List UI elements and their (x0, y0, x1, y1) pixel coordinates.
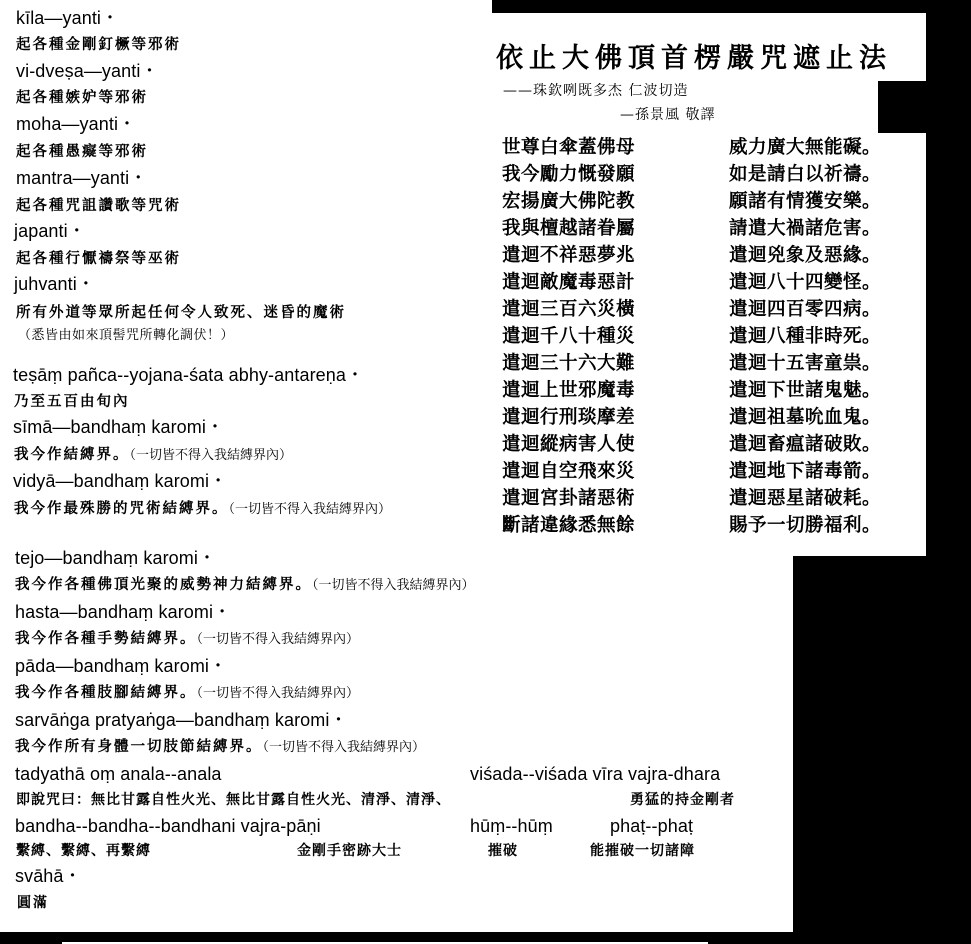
verse-line: 遣迴惡星諸破耗。 (729, 485, 881, 512)
verse-line: 我與檀越諸眷屬 (502, 215, 635, 242)
sanskrit-line: phaṭ--phaṭ (610, 815, 693, 837)
chinese-line: 我今作最殊勝的咒術結縛界。（一切皆不得入我結縛界內） (14, 499, 391, 520)
verse-line: 遣迴十五害童祟。 (729, 350, 881, 377)
verse-line: 遣迴兇象及惡緣。 (729, 242, 881, 269)
parenthetical-note: （一切皆不得入我結縛界內） (263, 740, 426, 755)
chinese-line: 我今作結縛界。（一切皆不得入我結縛界內） (14, 445, 292, 466)
chinese-line: 起各種嫉妒等邪術 (16, 88, 148, 108)
sanskrit-line: hasta—bandhaṃ karomi・ (15, 601, 231, 623)
verse-line: 我今勵力慨發願 (502, 161, 635, 188)
sanskrit-line: pāda—bandhaṃ karomi・ (15, 655, 227, 677)
verse-line: 斷諸違緣悉無餘 (502, 512, 635, 539)
sanskrit-line: viśada--viśada vīra vajra-dhara (470, 763, 720, 785)
chinese-line: 所有外道等眾所起任何令人致死、迷昏的魔術 (16, 303, 346, 323)
document-title: 依止大佛頂首楞嚴咒遮止法 (496, 36, 892, 75)
sanskrit-line: japanti・ (14, 220, 86, 242)
scan-border-top (492, 0, 971, 13)
verse-line: 遣迴四百零四病。 (729, 296, 881, 323)
verse-line: 遣迴千八十種災 (502, 323, 635, 350)
chinese-line: 摧破 (488, 841, 518, 861)
verse-line: 如是請白以祈禱。 (729, 161, 881, 188)
chinese-line: 起各種咒詛讚歌等咒術 (16, 196, 181, 216)
parenthetical-note: （悉皆由如來頂髻咒所轉化調伏！） (18, 327, 234, 345)
verse-line: 遣迴上世邪魔毒 (502, 377, 635, 404)
author-credit: ——珠欽咧既多杰 仁波切造 (503, 80, 688, 100)
sanskrit-line: sarvāṅga pratyaṅga—bandhaṃ karomi・ (15, 709, 348, 731)
chinese-line: 起各種愚癡等邪術 (16, 142, 148, 162)
verse-line: 賜予一切勝福利。 (729, 512, 881, 539)
verse-line: 願諸有情獲安樂。 (729, 188, 881, 215)
verse-line: 遣迴縱病害人使 (502, 431, 635, 458)
parenthetical-note: （一切皆不得入我結縛界內） (130, 448, 293, 463)
verse-line: 遣迴敵魔毒惡計 (502, 269, 635, 296)
scan-border-notch (878, 81, 926, 133)
chinese-line: 即說咒曰：無比甘露自性火光、無比甘露自性火光、清淨、清淨、 (16, 790, 451, 810)
chinese-line: 乃至五百由旬內 (14, 392, 130, 412)
sanskrit-line: bandha--bandha--bandhani vajra-pāṇi (15, 815, 321, 837)
chinese-line: 能摧破一切諸障 (590, 841, 695, 861)
sanskrit-line: vidyā—bandhaṃ karomi・ (13, 470, 227, 492)
sanskrit-line: sīmā—bandhaṃ karomi・ (13, 416, 224, 438)
sanskrit-line: moha—yanti・ (16, 113, 136, 135)
verse-line: 遣迴地下諸毒箭。 (729, 458, 881, 485)
chinese-line: 起各種金剛釘橛等邪術 (16, 35, 181, 55)
verse-line: 遣迴八種非時死。 (729, 323, 881, 350)
verse-line: 遣迴八十四變怪。 (729, 269, 881, 296)
sanskrit-line: mantra—yanti・ (16, 167, 147, 189)
sanskrit-line: teṣāṃ pañca--yojana-śata abhy-antareṇa・ (13, 364, 364, 386)
verse-line: 遣迴三十六大難 (502, 350, 635, 377)
parenthetical-note: （一切皆不得入我結縛界內） (229, 502, 392, 517)
verse-line: 請遣大禍諸危害。 (729, 215, 881, 242)
sanskrit-line: svāhā・ (15, 865, 82, 887)
verse-line: 宏揚廣大佛陀教 (502, 188, 635, 215)
sanskrit-line: tejo—bandhaṃ karomi・ (15, 547, 216, 569)
chinese-line: 我今作各種手勢結縛界。（一切皆不得入我結縛界內） (15, 629, 359, 650)
verse-column-right: 威力廣大無能礙。 如是請白以祈禱。 願諸有情獲安樂。 請遣大禍諸危害。 遣迴兇象… (729, 134, 881, 539)
sanskrit-line: juhvanti・ (14, 273, 95, 295)
chinese-line: 圓滿 (17, 893, 49, 913)
chinese-line: 起各種行懨禱祭等巫術 (16, 249, 181, 269)
verse-line: 遣迴祖墓吮血鬼。 (729, 404, 881, 431)
verse-line: 世尊白傘蓋佛母 (502, 134, 635, 161)
scan-border-right-lower (793, 556, 971, 944)
sanskrit-line: hūṃ--hūṃ (470, 815, 553, 837)
parenthetical-note: （一切皆不得入我結縛界內） (197, 686, 360, 701)
chinese-line: 勇猛的持金剛者 (630, 790, 735, 810)
verse-line: 遣迴行刑琰摩差 (502, 404, 635, 431)
verse-line: 遣迴畜瘟諸破敗。 (729, 431, 881, 458)
verse-line: 遣迴不祥惡夢兆 (502, 242, 635, 269)
verse-line: 遣迴自空飛來災 (502, 458, 635, 485)
parenthetical-note: （一切皆不得入我結縛界內） (197, 632, 360, 647)
verse-line: 威力廣大無能礙。 (729, 134, 881, 161)
chinese-line: 我今作所有身體一切肢節結縛界。（一切皆不得入我結縛界內） (15, 737, 425, 758)
chinese-line: 繫縛、繫縛、再繫縛 (16, 841, 151, 861)
verse-line: 遣迴三百六災橫 (502, 296, 635, 323)
chinese-line: 金剛手密跡大士 (297, 841, 402, 861)
verse-line: 遣迴宮卦諸惡術 (502, 485, 635, 512)
translator-credit: —孫景風 敬譯 (620, 104, 715, 124)
verse-line: 遣迴下世諸鬼魅。 (729, 377, 881, 404)
chinese-line: 我今作各種肢腳結縛界。（一切皆不得入我結縛界內） (15, 683, 359, 704)
verse-column-left: 世尊白傘蓋佛母 我今勵力慨發願 宏揚廣大佛陀教 我與檀越諸眷屬 遣迴不祥惡夢兆 … (502, 134, 635, 539)
sanskrit-line: kīla—yanti・ (16, 7, 119, 29)
scanned-document-page: 依止大佛頂首楞嚴咒遮止法 ——珠欽咧既多杰 仁波切造 —孫景風 敬譯 世尊白傘蓋… (0, 0, 971, 944)
sanskrit-line: tadyathā oṃ anala--anala (15, 763, 222, 785)
chinese-line: 我今作各種佛頂光聚的威勢神力結縛界。（一切皆不得入我結縛界內） (15, 575, 475, 596)
sanskrit-line: vi-dveṣa—yanti・ (16, 60, 159, 82)
parenthetical-note: （一切皆不得入我結縛界內） (312, 578, 475, 593)
